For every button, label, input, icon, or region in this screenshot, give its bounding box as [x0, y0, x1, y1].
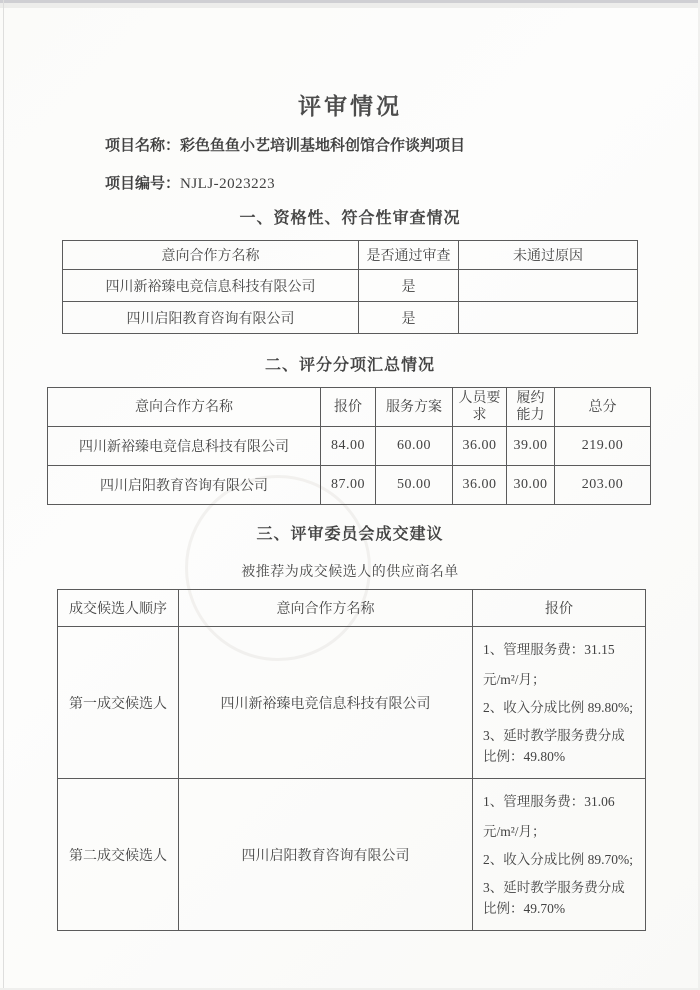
table-row: 四川新裕臻电竞信息科技有限公司 是: [63, 270, 638, 302]
partner-name-cell: 四川新裕臻电竞信息科技有限公司: [179, 627, 473, 779]
quotation-line: 1、管理服务费：31.06 元/m²/月；: [483, 787, 637, 847]
project-name-label: 项目名称：: [105, 137, 180, 154]
section-1-heading: 一、资格性、符合性审查情况: [0, 205, 700, 228]
column-header-candidate-order: 成交候选人顺序: [58, 590, 179, 627]
performance-score-cell: 30.00: [507, 466, 555, 505]
column-header-staff-requirement: 人员要 求: [453, 388, 507, 427]
page-title: 评审情况: [0, 88, 700, 121]
partner-name-cell: 四川启阳教育咨询有限公司: [63, 302, 359, 334]
price-score-cell: 87.00: [321, 466, 376, 505]
column-header-total-score: 总分: [555, 388, 651, 427]
recommended-candidates-subtitle: 被推荐为成交候选人的供应商名单: [0, 561, 700, 581]
quotation-line: 1、管理服务费：31.15 元/m²/月；: [483, 635, 637, 695]
scan-edge-left: [3, 0, 4, 990]
staff-score-cell: 36.00: [453, 466, 507, 505]
table-row: 第二成交候选人 四川启阳教育咨询有限公司 1、管理服务费：31.06 元/m²/…: [58, 779, 646, 931]
passed-cell: 是: [359, 270, 459, 302]
project-number-line: 项目编号：NJLJ-2023223: [105, 172, 275, 193]
project-name-line: 项目名称：彩色鱼鱼小艺培训基地科创馆合作谈判项目: [105, 134, 465, 155]
project-number-label: 项目编号：: [105, 175, 180, 192]
column-header-performance-ability: 履约 能力: [507, 388, 555, 427]
total-score-cell: 219.00: [555, 427, 651, 466]
section-2-heading: 二、评分分项汇总情况: [0, 352, 700, 375]
table-row: 四川启阳教育咨询有限公司 87.00 50.00 36.00 30.00 203…: [48, 466, 651, 505]
quotation-line: 3、延时教学服务费分成 比例：49.70%: [483, 877, 637, 919]
table-header-row: 意向合作方名称 报价 服务方案 人员要 求 履约 能力 总分: [48, 388, 651, 427]
staff-score-cell: 36.00: [453, 427, 507, 466]
column-header-passed-review: 是否通过审查: [359, 241, 459, 270]
table-row: 第一成交候选人 四川新裕臻电竞信息科技有限公司 1、管理服务费：31.15 元/…: [58, 627, 646, 779]
candidate-order-cell: 第一成交候选人: [58, 627, 179, 779]
quotation-cell: 1、管理服务费：31.06 元/m²/月； 2、收入分成比例 89.70%; 3…: [473, 779, 646, 931]
quotation-line: 3、延时教学服务费分成 比例：49.80%: [483, 725, 637, 767]
column-header-partner-name: 意向合作方名称: [63, 241, 359, 270]
column-header-fail-reason: 未通过原因: [459, 241, 638, 270]
quotation-cell: 1、管理服务费：31.15 元/m²/月； 2、收入分成比例 89.80%; 3…: [473, 627, 646, 779]
project-number-value: NJLJ-2023223: [180, 176, 275, 192]
candidate-order-cell: 第二成交候选人: [58, 779, 179, 931]
column-header-quotation: 报价: [473, 590, 646, 627]
table-row: 四川启阳教育咨询有限公司 是: [63, 302, 638, 334]
score-summary-table: 意向合作方名称 报价 服务方案 人员要 求 履约 能力 总分 四川新裕臻电竞信息…: [47, 387, 651, 505]
scanned-document-page: 评审情况 项目名称：彩色鱼鱼小艺培训基地科创馆合作谈判项目 项目编号：NJLJ-…: [0, 0, 700, 990]
column-header-partner-name: 意向合作方名称: [179, 590, 473, 627]
column-header-service-plan: 服务方案: [376, 388, 453, 427]
column-header-price-score: 报价: [321, 388, 376, 427]
quotation-line: 2、收入分成比例 89.70%;: [483, 849, 637, 870]
partner-name-cell: 四川新裕臻电竞信息科技有限公司: [63, 270, 359, 302]
total-score-cell: 203.00: [555, 466, 651, 505]
fail-reason-cell: [459, 302, 638, 334]
column-header-partner-name: 意向合作方名称: [48, 388, 321, 427]
table-header-row: 意向合作方名称 是否通过审查 未通过原因: [63, 241, 638, 270]
partner-name-cell: 四川新裕臻电竞信息科技有限公司: [48, 427, 321, 466]
service-plan-score-cell: 50.00: [376, 466, 453, 505]
partner-name-cell: 四川启阳教育咨询有限公司: [48, 466, 321, 505]
scan-edge-top-soft: [0, 3, 700, 8]
performance-score-cell: 39.00: [507, 427, 555, 466]
partner-name-cell: 四川启阳教育咨询有限公司: [179, 779, 473, 931]
quotation-line: 2、收入分成比例 89.80%;: [483, 697, 637, 718]
candidates-table: 成交候选人顺序 意向合作方名称 报价 第一成交候选人 四川新裕臻电竞信息科技有限…: [57, 589, 646, 931]
qualification-review-table: 意向合作方名称 是否通过审查 未通过原因 四川新裕臻电竞信息科技有限公司 是 四…: [62, 240, 638, 334]
table-header-row: 成交候选人顺序 意向合作方名称 报价: [58, 590, 646, 627]
passed-cell: 是: [359, 302, 459, 334]
service-plan-score-cell: 60.00: [376, 427, 453, 466]
price-score-cell: 84.00: [321, 427, 376, 466]
project-name-value: 彩色鱼鱼小艺培训基地科创馆合作谈判项目: [180, 137, 465, 154]
section-3-heading: 三、评审委员会成交建议: [0, 521, 700, 544]
fail-reason-cell: [459, 270, 638, 302]
table-row: 四川新裕臻电竞信息科技有限公司 84.00 60.00 36.00 39.00 …: [48, 427, 651, 466]
